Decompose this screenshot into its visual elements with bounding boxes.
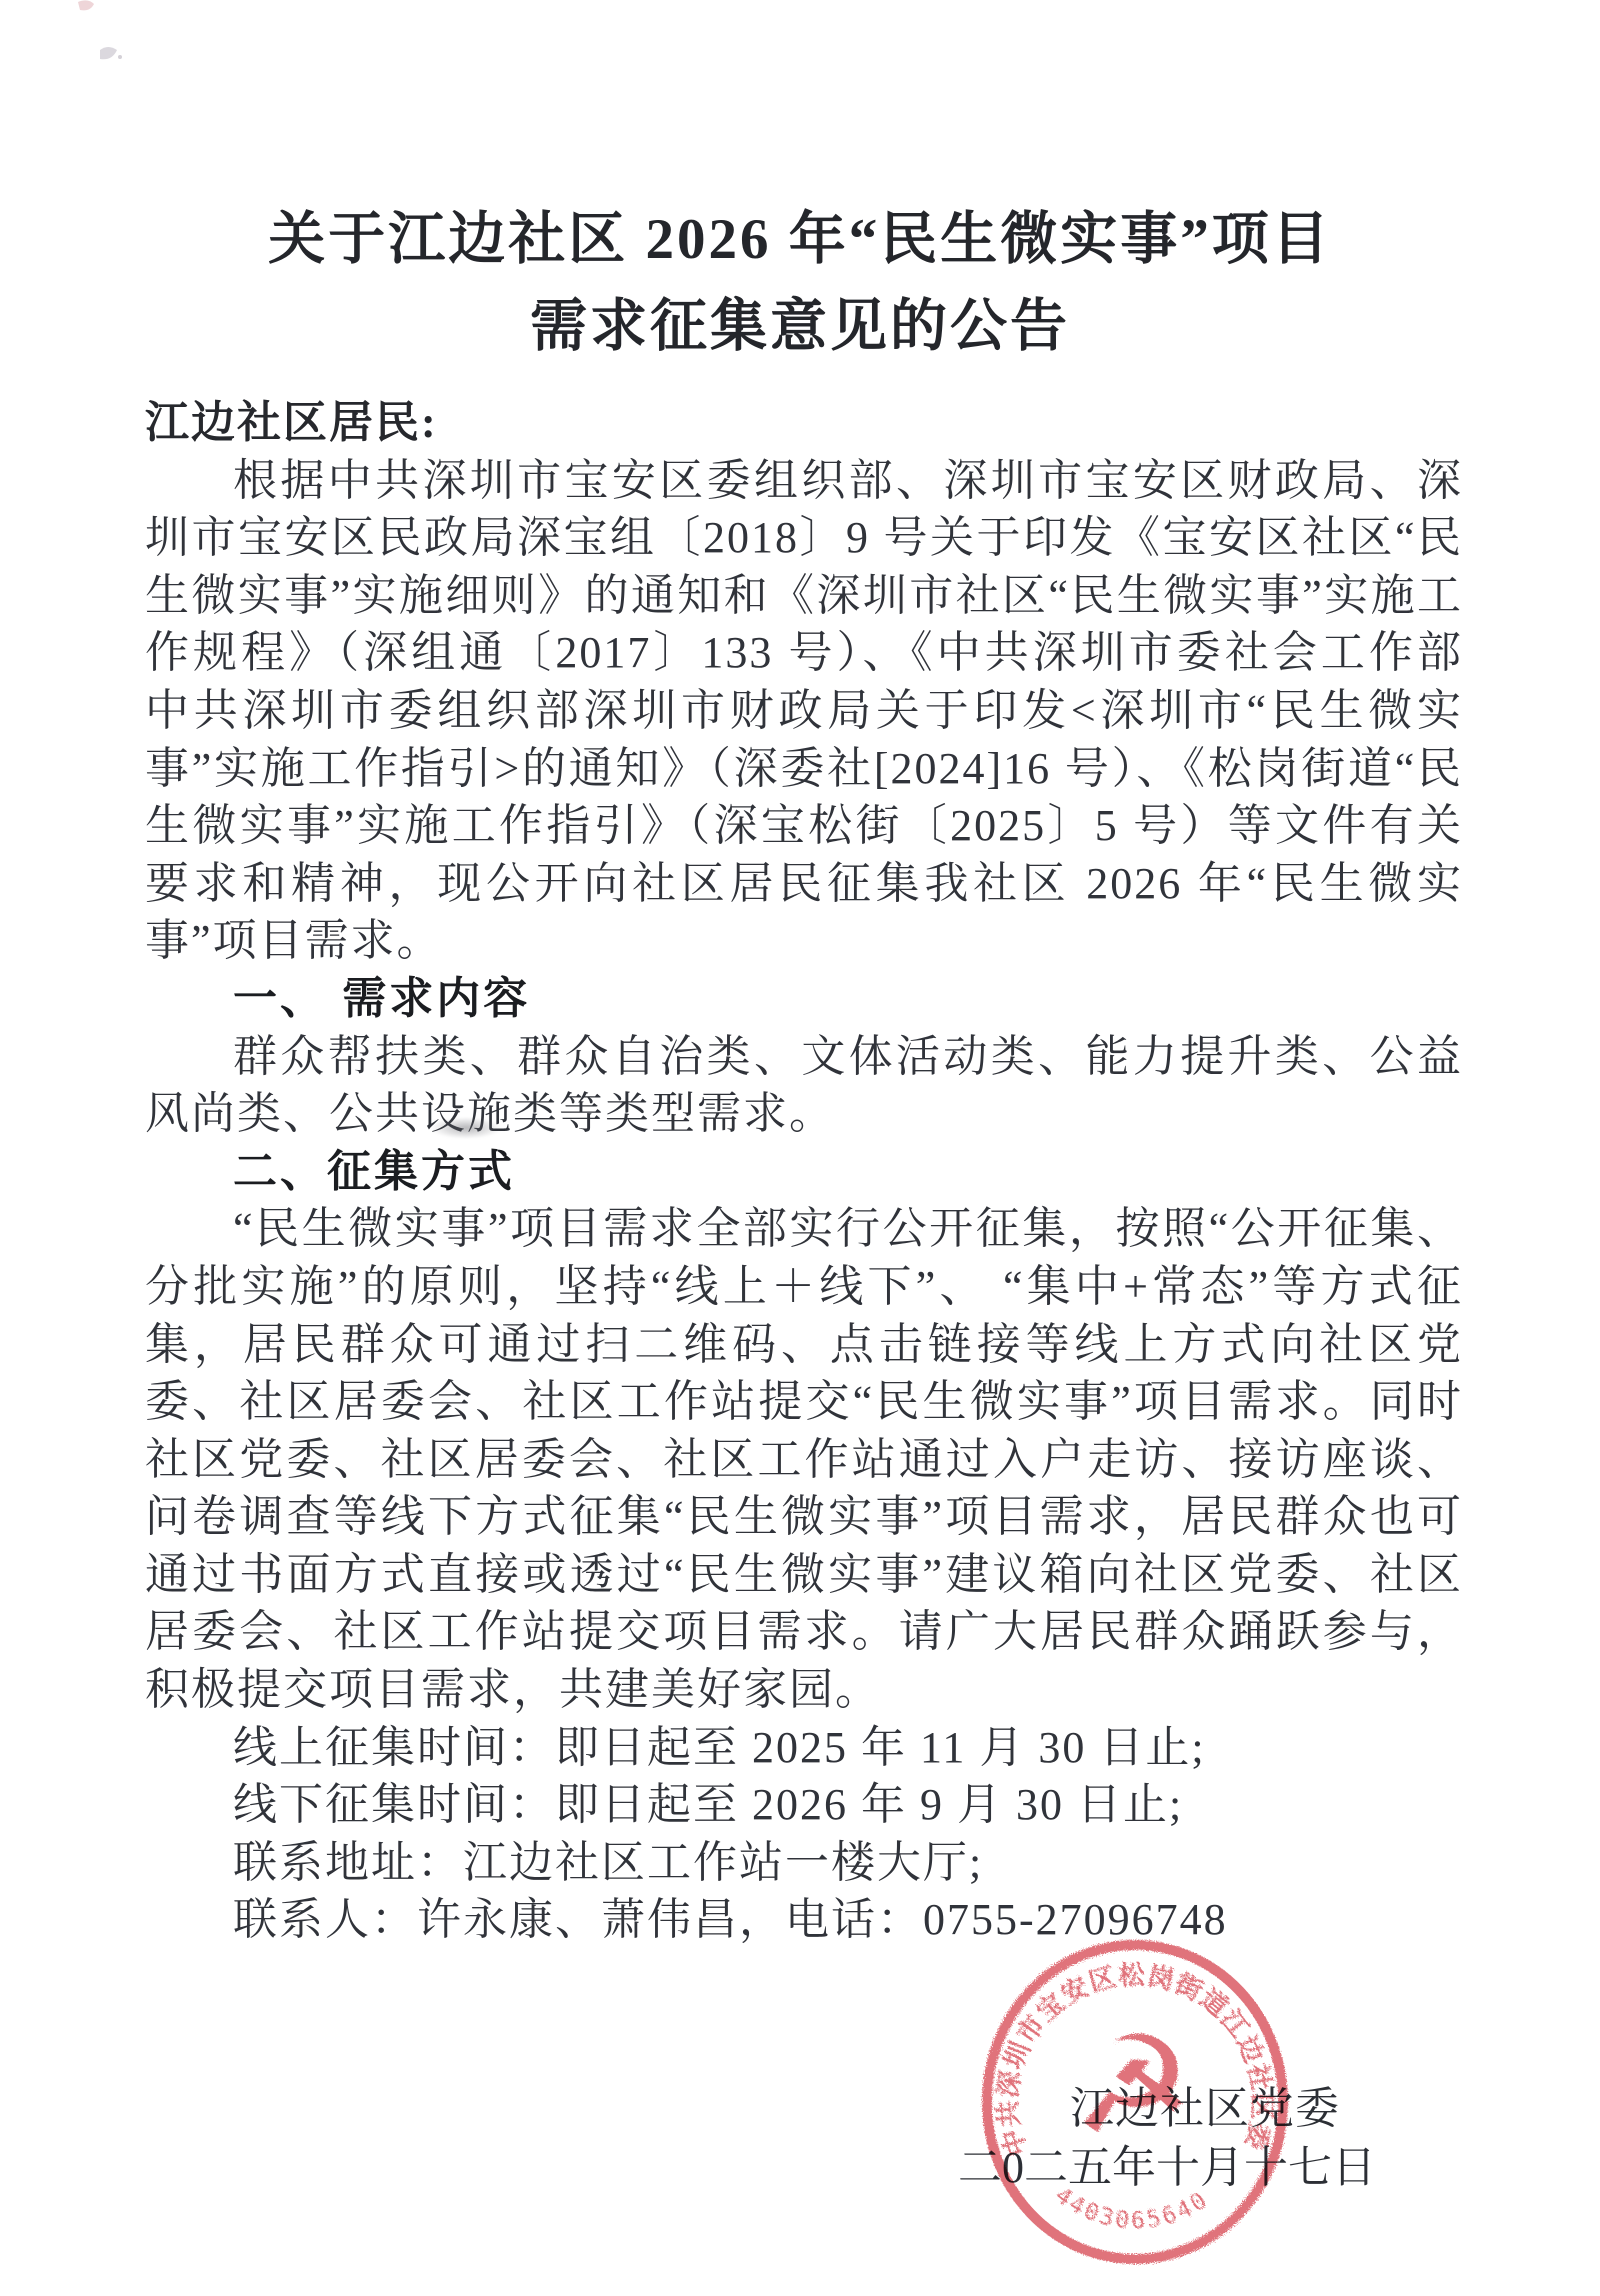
section-1-heading: 一、 需求内容: [145, 970, 1463, 1028]
section-1-text: 群众帮扶类、群众自治类、文体活动类、能力提升类、公益风尚类、公共设施类等类型需求…: [145, 1028, 1463, 1143]
online-collection-period: 线上征集时间：即日起至 2025 年 11 月 30 日止;: [145, 1719, 1463, 1777]
contact-address: 联系地址：江边社区工作站一楼大厅;: [145, 1834, 1463, 1892]
salutation: 江边社区居民:: [145, 394, 1463, 452]
announcement-page: 关于江边社区 2026 年“民生微实事”项目 需求征集意见的公告 江边社区居民:…: [0, 0, 1600, 2296]
pen-mark-icon: [78, 0, 94, 10]
contact-person: 联系人：许永康、萧伟昌，电话：0755-27096748: [145, 1891, 1463, 1949]
pen-mark-icon: [118, 55, 122, 59]
document-body: 江边社区居民: 根据中共深圳市宝安区委组织部、深圳市宝安区财政局、深圳市宝安区民…: [145, 394, 1463, 1949]
signature-name: 江边社区党委: [1070, 2072, 1340, 2136]
section-2-heading: 二、征集方式: [145, 1143, 1463, 1201]
title-line-2: 需求征集意见的公告: [0, 283, 1600, 370]
scan-smudge: [430, 1117, 502, 1139]
intro-paragraph: 根据中共深圳市宝安区委组织部、深圳市宝安区财政局、深圳市宝安区民政局深宝组〔20…: [145, 452, 1463, 970]
corner-pen-marks: [0, 0, 220, 150]
pen-mark-icon: [100, 47, 117, 59]
document-title: 关于江边社区 2026 年“民生微实事”项目 需求征集意见的公告: [0, 196, 1600, 370]
title-line-1: 关于江边社区 2026 年“民生微实事”项目: [0, 196, 1600, 283]
signature-date: 二0二五年十月十七日: [958, 2131, 1376, 2195]
section-2-text: “民生微实事”项目需求全部实行公开征集，按照“公开征集、分批实施”的原则，坚持“…: [145, 1200, 1463, 1718]
offline-collection-period: 线下征集时间：即日起至 2026 年 9 月 30 日止;: [145, 1776, 1463, 1834]
